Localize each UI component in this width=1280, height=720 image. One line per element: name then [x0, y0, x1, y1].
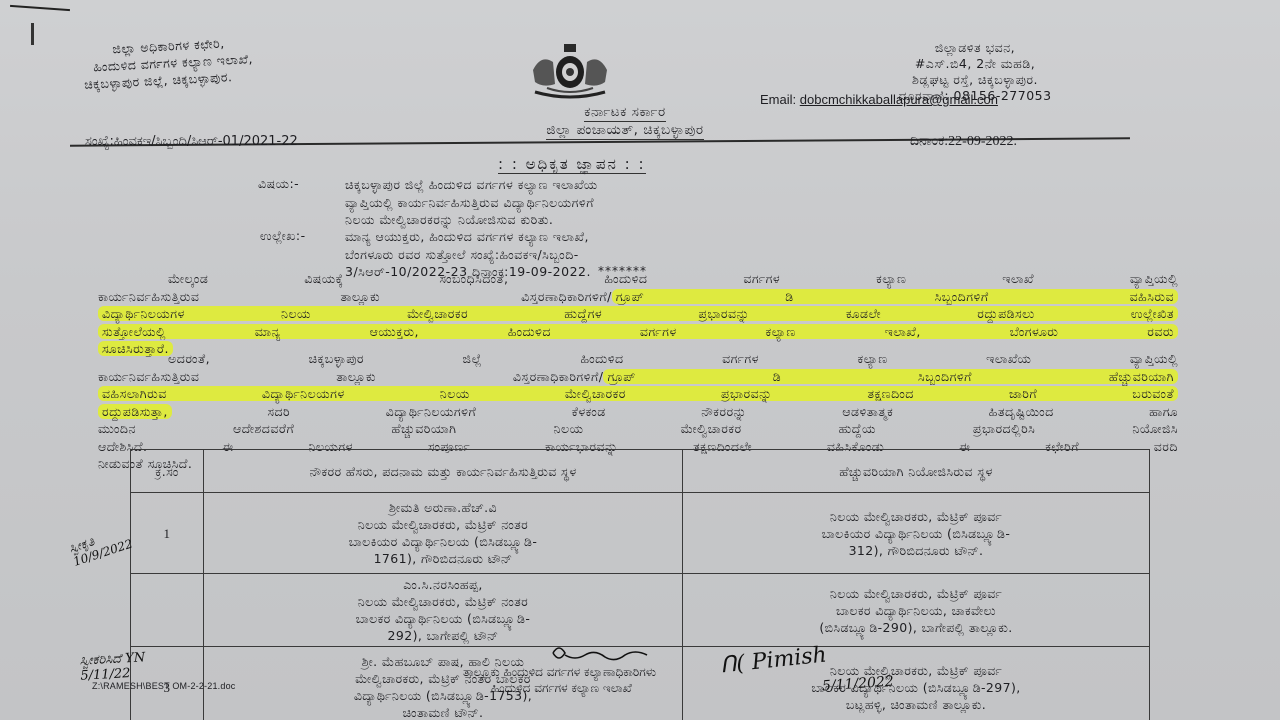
paragraph-line: ಮುಂದಿನ ಆದೇಶದವರೆಗೆ ಹೆಚ್ಚುವರಿಯಾಗಿ ನಿಲಯ ಮೇಲ… [98, 420, 1178, 438]
paragraph-1: ಮೇಲ್ಕಂಡ ವಿಷಯಕ್ಕೆ ಸಂಬಂಧಿಸಿದಂತೆ, ಹಿಂದುಳಿದ … [98, 270, 1178, 358]
highlighted-text: ಗ್ರೂಪ್ ಡಿ ಸಿಬ್ಬಂದಿಗಳಿಗೆ ಹೆಚ್ಚುವರಿಯಾಗಿ [603, 369, 1178, 384]
cell-line: ಬಾಲಕರ ವಿದ್ಯಾರ್ಥಿನಿಲಯ (ಬಿಸಿಡಬ್ಲ್ಯೂಡಿ-297)… [687, 679, 1145, 696]
signatory-designation: ತಾಲ್ಲೂಕು ಹಿಂದುಳಿದ ವರ್ಗಗಳ ಕಲ್ಯಾಣಾಧಿಕಾರಿಗಳ… [463, 664, 656, 680]
cell-line: 1761), ಗೌರಿಬಿದನೂರು ಟೌನ್ [208, 550, 678, 567]
cell-line: ಎಂ.ಸಿ.ನರಸಿಂಹಪ್ಪ, [208, 576, 678, 593]
reference-line: ಮಾನ್ಯ ಆಯುಕ್ತರು, ಹಿಂದುಳಿದ ವರ್ಗಗಳ ಕಲ್ಯಾಣ ಇ… [345, 228, 591, 246]
gov-name: ಕರ್ನಾಟಕ ಸರ್ಕಾರ [584, 104, 665, 122]
government-title: ಕರ್ನಾಟಕ ಸರ್ಕಾರ ಜಿಲ್ಲಾ ಪಂಚಾಯತ್, ಚಿಕ್ಕಬಳ್ಳ… [520, 104, 730, 140]
address-line: #ಎಸ್.ಬಿ4, 2ನೇ ಮಹಡಿ, [815, 56, 1135, 72]
employee-cell: ಎಂ.ಸಿ.ನರಸಿಂಹಪ್ಪ,ನಿಲಯ ಮೇಲ್ವಿಚಾರಕರು, ಮೆಟ್ರ… [204, 574, 683, 647]
paragraph-line: ಅದರಂತೆ, ಚಿಕ್ಕಬಳ್ಳಾಪುರ ಜಿಲ್ಲೆ ಹಿಂದುಳಿದ ವರ… [98, 350, 1178, 368]
cell-line: ಬಾಲಕರ ವಿದ್ಯಾರ್ಥಿನಿಲಯ, ಚಾಕವೇಲು [687, 602, 1145, 619]
reference-number: ಸಂಖ್ಯೆ:ಹಿಂವಕಇ/ಸಿಬ್ಬಂದಿ/ಸಿಆರ್-01/2021-22 [85, 134, 298, 149]
paragraph-line: ಕಾರ್ಯನಿರ್ವಹಿಸುತ್ತಿರುವ ತಾಲ್ಲೂಕು ವಿಸ್ತರಣಾಧ… [98, 368, 1178, 386]
email-line: Email: dobcmchikkaballapura@gmail.con [760, 92, 998, 107]
file-name: Z:\RAMESH\BEST OM-2-2-21.doc [92, 681, 235, 691]
signatory-block: ತಾಲ್ಲೂಕು ಹಿಂದುಳಿದ ವರ್ಗಗಳ ಕಲ್ಯಾಣಾಧಿಕಾರಿಗಳ… [463, 664, 656, 696]
address-line: ಜಿಲ್ಲಾಡಳಿತ ಭವನ, [815, 40, 1135, 56]
subject-label: ವಿಷಯ:- [258, 176, 299, 192]
subject-line: ನಿಲಯ ಮೇಲ್ವಿಚಾರಕರನ್ನು ನಿಯೋಜಿಸುವ ಕುರಿತು. [345, 211, 598, 229]
highlighted-text: ವಿದ್ಯಾರ್ಥಿನಿಲಯಗಳ ನಿಲಯ ಮೇಲ್ವಿಚಾರಕರ ಹುದ್ದೆ… [98, 306, 1178, 321]
assigned-cell: ನಿಲಯ ಮೇಲ್ವಿಚಾರಕರು, ಮೆಟ್ರಿಕ್ ಪೂರ್ವಬಾಲಕರ ವ… [683, 574, 1150, 647]
email-label: Email: [760, 92, 796, 107]
sl-no: 1 [131, 493, 204, 574]
cell-line: ಬಾಲಕಿಯರ ವಿದ್ಯಾರ್ಥಿನಿಲಯ (ಬಿಸಿಡಬ್ಲ್ಯೂಡಿ- [687, 525, 1145, 542]
header-sl-no: ಕ್ರ.ಸಂ [131, 450, 204, 493]
cell-line: ಶ್ರೀಮತಿ ಅರುಣಾ.ಹೆಚ್.ವಿ [208, 499, 678, 516]
scan-mark [31, 23, 34, 45]
handwritten-margin-note: ಸ್ವೀಕೃತಿ 10/9/2022 [67, 523, 134, 569]
paragraph-line: ಮೇಲ್ಕಂಡ ವಿಷಯಕ್ಕೆ ಸಂಬಂಧಿಸಿದಂತೆ, ಹಿಂದುಳಿದ … [98, 270, 1178, 288]
subject-text: ಚಿಕ್ಕಬಳ್ಳಾಪುರ ಜಿಲ್ಲೆ ಹಿಂದುಳಿದ ವರ್ಗಗಳ ಕಲ್… [345, 176, 598, 229]
order-title-text: : : ಅಧಿಕೃತ ಜ್ಞಾಪನ : : [498, 155, 646, 174]
paragraph-line: ಸುತ್ತೋಲೆಯಲ್ಲಿ ಮಾನ್ಯ ಆಯುಕ್ತರು, ಹಿಂದುಳಿದ ವ… [98, 323, 1178, 341]
paragraph-line: ಕಾರ್ಯನಿರ್ವಹಿಸುತ್ತಿರುವ ತಾಲ್ಲೂಕು ವಿಸ್ತರಣಾಧ… [98, 288, 1178, 306]
reference-line: ಬೆಂಗಳೂರು ರವರ ಸುತ್ತೋಲೆ ಸಂಖ್ಯೆ:ಹಿಂವಕಇ/ಸಿಬ್… [345, 246, 591, 264]
signatory-department: ಹಿಂದುಳಿದ ವರ್ಗಗಳ ಕಲ್ಯಾಣ ಇಲಾಖೆ [463, 680, 656, 696]
address-line: ಶಿಡ್ಲಘಟ್ಟ ರಸ್ತೆ, ಚಿಕ್ಕಬಳ್ಳಾಪುರ. [815, 72, 1135, 88]
cell-line: ಬಾಲಕರ ವಿದ್ಯಾರ್ಥಿನಿಲಯ (ಬಿಸಿಡಬ್ಲ್ಯೂಡಿ- [208, 610, 678, 627]
subject-line: ವ್ಯಾಪ್ತಿಯಲ್ಲಿ ಕಾರ್ಯನಿರ್ವಹಿಸುತ್ತಿರುವ ವಿದ್… [345, 194, 598, 212]
highlighted-text: ರದ್ದುಪಡಿಸುತ್ತಾ, [98, 404, 172, 419]
assigned-cell: ನಿಲಯ ಮೇಲ್ವಿಚಾರಕರು, ಮೆಟ್ರಿಕ್ ಪೂರ್ವಬಾಲಕಿಯರ… [683, 493, 1150, 574]
district-panchayat: ಜಿಲ್ಲಾ ಪಂಚಾಯತ್, ಚಿಕ್ಕಬಳ್ಳಾಪುರ [546, 122, 703, 140]
cell-line: ನಿಲಯ ಮೇಲ್ವಿಚಾರಕರು, ಮೆಟ್ರಿಕ್ ಪೂರ್ವ [687, 585, 1145, 602]
subject-line: ಚಿಕ್ಕಬಳ್ಳಾಪುರ ಜಿಲ್ಲೆ ಹಿಂದುಳಿದ ವರ್ಗಗಳ ಕಲ್… [345, 176, 598, 194]
scan-mark [10, 5, 70, 11]
cell-line: ನಿಲಯ ಮೇಲ್ವಿಚಾರಕರು, ಮೆಟ್ರಿಕ್ ನಂತರ [208, 593, 678, 610]
employee-cell: ಶ್ರೀಮತಿ ಅರುಣಾ.ಹೆಚ್.ವಿನಿಲಯ ಮೇಲ್ವಿಚಾರಕರು, … [204, 493, 683, 574]
cell-line: 292), ಬಾಗೇಪಲ್ಲಿ ಟೌನ್ [208, 627, 678, 644]
cell-line: ನಿಲಯ ಮೇಲ್ವಿಚಾರಕರು, ಮೆಟ್ರಿಕ್ ನಂತರ [208, 516, 678, 533]
header-assigned-place: ಹೆಚ್ಚುವರಿಯಾಗಿ ನಿಯೋಜಿಸಿರುವ ಸ್ಥಳ [683, 450, 1150, 493]
cell-line: (ಬಿಸಿಡಬ್ಲ್ಯೂಡಿ-290), ಬಾಗೇಪಲ್ಲಿ ತಾಲ್ಲೂಕು. [687, 619, 1145, 636]
signature-scribble-icon [545, 643, 655, 665]
order-title: : : ಅಧಿಕೃತ ಜ್ಞಾಪನ : : [498, 155, 646, 173]
scanned-document: ಜಿಲ್ಲಾ ಅಧಿಕಾರಿಗಳ ಕಛೇರಿ, ಹಿಂದುಳಿದ ವರ್ಗಗಳ … [0, 0, 1280, 720]
cell-line: ಬಾಲಕಿಯರ ವಿದ್ಯಾರ್ಥಿನಿಲಯ (ಬಿಸಿಡಬ್ಲ್ಯೂಡಿ- [208, 533, 678, 550]
header-employee: ನೌಕರರ ಹೆಸರು, ಪದನಾಮ ಮತ್ತು ಕಾರ್ಯನಿರ್ವಹಿಸುತ… [204, 450, 683, 493]
karnataka-emblem-icon [525, 42, 615, 102]
cell-line: ನಿಲಯ ಮೇಲ್ವಿಚಾರಕರು, ಮೆಟ್ರಿಕ್ ಪೂರ್ವ [687, 508, 1145, 525]
paragraph-line: ವಿದ್ಯಾರ್ಥಿನಿಲಯಗಳ ನಿಲಯ ಮೇಲ್ವಿಚಾರಕರ ಹುದ್ದೆ… [98, 305, 1178, 323]
cell-line: ಚಿಂತಾಮಣಿ ಟೌನ್. [208, 704, 678, 720]
highlighted-text: ಗ್ರೂಪ್ ಡಿ ಸಿಬ್ಬಂದಿಗಳಿಗೆ ವಹಿಸಿರುವ [612, 289, 1178, 304]
paragraph-line: ವಹಿಸಲಾಗಿರುವ ವಿದ್ಯಾರ್ಥಿನಿಲಯಗಳ ನಿಲಯ ಮೇಲ್ವಿ… [98, 385, 1178, 403]
table-header-row: ಕ್ರ.ಸಂ ನೌಕರರ ಹೆಸರು, ಪದನಾಮ ಮತ್ತು ಕಾರ್ಯನಿರ… [131, 450, 1150, 493]
order-date: ದಿನಾಂಕ:22-09-2022. [910, 134, 1017, 150]
highlighted-text: ವಹಿಸಲಾಗಿರುವ ವಿದ್ಯಾರ್ಥಿನಿಲಯಗಳ ನಿಲಯ ಮೇಲ್ವಿ… [98, 386, 1178, 401]
handwritten-receipt: ಸ್ವೀಕರಿಸಿದೆ YN 5/11/22 [79, 650, 146, 683]
cell-line: 312), ಗೌರಿಬಿದನೂರು ಟೌನ್. [687, 542, 1145, 559]
office-address-left: ಜಿಲ್ಲಾ ಅಧಿಕಾರಿಗಳ ಕಛೇರಿ, ಹಿಂದುಳಿದ ವರ್ಗಗಳ … [82, 33, 254, 93]
highlighted-text: ಸುತ್ತೋಲೆಯಲ್ಲಿ ಮಾನ್ಯ ಆಯುಕ್ತರು, ಹಿಂದುಳಿದ ವ… [98, 324, 1178, 339]
paragraph-line: ರದ್ದುಪಡಿಸುತ್ತಾ, ಸದರಿ ವಿದ್ಯಾರ್ಥಿನಿಲಯಗಳಿಗೆ… [98, 403, 1178, 421]
table-row: 1 ಶ್ರೀಮತಿ ಅರುಣಾ.ಹೆಚ್.ವಿನಿಲಯ ಮೇಲ್ವಿಚಾರಕರು… [131, 493, 1150, 574]
cell-line: ಬಟ್ಲಹಳ್ಳಿ, ಚಿಂತಾಮಣಿ ತಾಲ್ಲೂಕು. [687, 696, 1145, 713]
table-row: ಎಂ.ಸಿ.ನರಸಿಂಹಪ್ಪ,ನಿಲಯ ಮೇಲ್ವಿಚಾರಕರು, ಮೆಟ್ರ… [131, 574, 1150, 647]
sl-no [131, 574, 204, 647]
email-address: dobcmchikkaballapura@gmail.con [800, 92, 998, 107]
reference-label: ಉಲ್ಲೇಖ:- [260, 228, 306, 244]
